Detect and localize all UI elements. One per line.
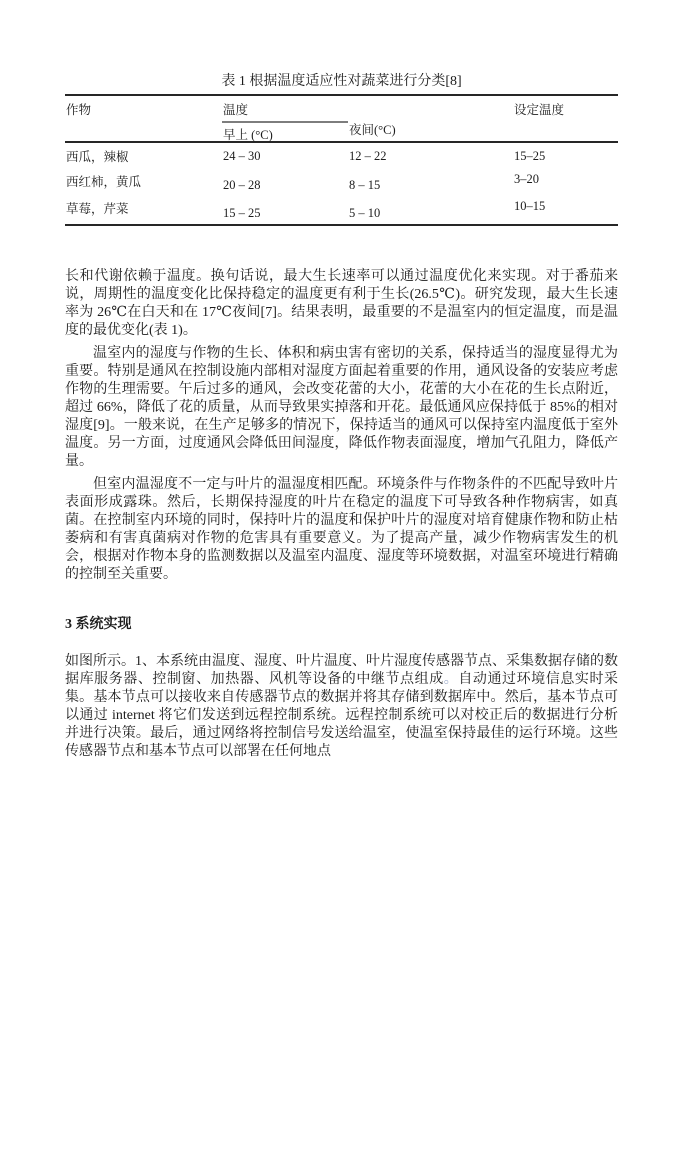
paragraph-system-implementation: 如图所示。1、本系统由温度、湿度、叶片温度、叶片湿度传感器节点、采集数据存储的数…: [65, 653, 618, 761]
section-heading: 3 系统实现: [65, 617, 618, 633]
row-morning-temp: 20 – 28: [222, 178, 348, 196]
col-header-temperature: 温度: [222, 100, 348, 118]
row-night-temp: 5 – 10: [348, 206, 513, 224]
row-crop: 西红柿，黄瓜: [65, 169, 222, 190]
row-night-temp: 12 – 22: [348, 149, 513, 164]
table-caption: 表 1 根据温度适应性对蔬菜进行分类[8]: [65, 0, 618, 90]
blue-period-glyph: 。: [444, 672, 459, 687]
paragraph-temperature: 长和代谢依赖于温度。换句话说，最大生长速率可以通过温度优化来实现。对于番茄来说，…: [65, 268, 618, 340]
paragraph-humidity: 温室内的湿度与作物的生长、体积和病虫害有密切的关系，保持适当的湿度显得尤为重要。…: [65, 345, 618, 471]
row-night-temp: 8 – 15: [348, 178, 513, 196]
table-bottom-rule: [65, 224, 618, 226]
col-header-crop: 作物: [65, 100, 222, 118]
row-set-temp: 15–25: [513, 149, 618, 164]
table-row: 草莓，芹菜 15 – 25 5 – 10 10–15: [65, 196, 618, 224]
classification-table: 作物 温度 设定温度 早上 (°C) 夜间(°C) 西瓜，辣椒 24 – 30 …: [65, 94, 618, 226]
page-content: 表 1 根据温度适应性对蔬菜进行分类[8] 作物 温度 设定温度 早上 (°C)…: [65, 0, 618, 761]
col-header-morning: 早上 (°C): [222, 125, 348, 143]
row-crop: 西瓜，辣椒: [65, 147, 222, 165]
document-page: 表 1 根据温度适应性对蔬菜进行分类[8] 作物 温度 设定温度 早上 (°C)…: [0, 0, 682, 1160]
row-morning-temp: 24 – 30: [222, 149, 348, 164]
row-set-temp: 3–20: [513, 169, 618, 187]
table-header-row-2: 早上 (°C) 夜间(°C): [65, 123, 618, 141]
col-header-set-temperature: 设定温度: [513, 100, 618, 118]
col-header-night: 夜间(°C): [348, 120, 513, 138]
row-set-temp: 10–15: [513, 196, 618, 214]
row-morning-temp: 15 – 25: [222, 206, 348, 224]
paragraph-leaf-humidity: 但室内温湿度不一定与叶片的温湿度相匹配。环境条件与作物条件的不匹配导致叶片表面形…: [65, 476, 618, 584]
table-row: 西瓜，辣椒 24 – 30 12 – 22 15–25: [65, 143, 618, 169]
table-header-row-1: 作物 温度 设定温度: [65, 96, 618, 121]
row-crop: 草莓，芹菜: [65, 196, 222, 217]
table-row: 西红柿，黄瓜 20 – 28 8 – 15 3–20: [65, 169, 618, 196]
